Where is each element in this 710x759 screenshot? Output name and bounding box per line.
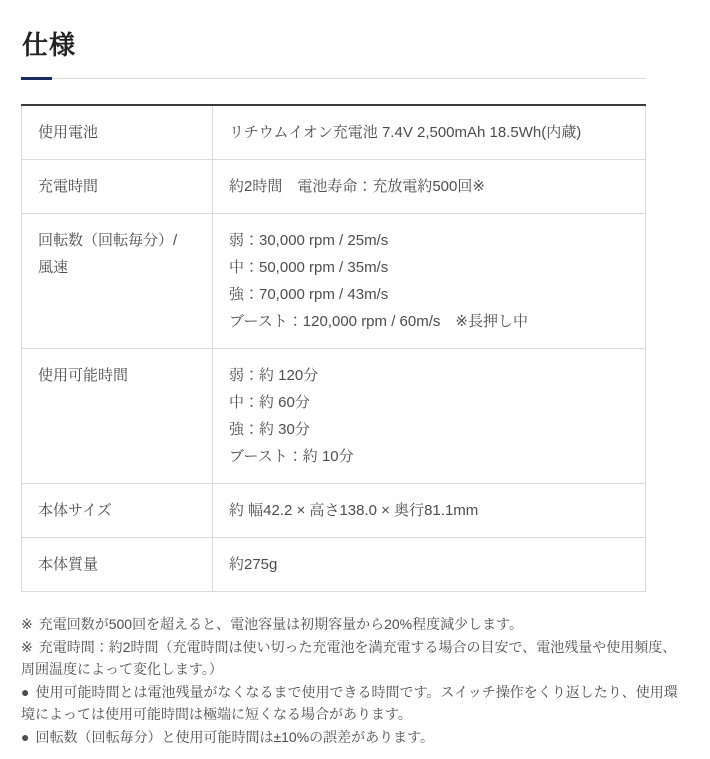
footnote-marker: ● — [21, 684, 29, 700]
spec-label: 使用可能時間 — [22, 349, 213, 484]
footnote-marker: ※ — [21, 616, 33, 632]
underline-accent-rule — [21, 77, 52, 80]
spec-label: 充電時間 — [22, 160, 213, 214]
spec-label: 使用電池 — [22, 105, 213, 160]
spec-value-line: 弱：約 120分 — [229, 362, 629, 389]
footnote: ※充電回数が500回を超えると、電池容量は初期容量から20%程度減少します。 — [21, 613, 681, 635]
spec-value-line: リチウムイオン充電池 7.4V 2,500mAh 18.5Wh(内蔵) — [229, 119, 629, 146]
spec-value-line: ブースト：約 10分 — [229, 443, 629, 470]
spec-value-line: 約 幅42.2 × 高さ138.0 × 奥行81.1mm — [229, 497, 629, 524]
spec-value: 弱：約 120分中：約 60分強：約 30分ブースト：約 10分 — [213, 349, 646, 484]
spec-row: 回転数（回転毎分）/ 風速弱：30,000 rpm / 25m/s中：50,00… — [22, 214, 646, 349]
spec-value-line: 中：50,000 rpm / 35m/s — [229, 254, 629, 281]
spec-value: 約275g — [213, 538, 646, 592]
spec-value-line: ブースト：120,000 rpm / 60m/s ※長押し中 — [229, 308, 629, 335]
footnote-text: 充電時間：約2時間（充電時間は使い切った充電池を満充電する場合の目安で、電池残量… — [21, 639, 676, 677]
spec-value-line: 弱：30,000 rpm / 25m/s — [229, 227, 629, 254]
spec-table-body: 使用電池リチウムイオン充電池 7.4V 2,500mAh 18.5Wh(内蔵)充… — [22, 105, 646, 592]
spec-label: 本体サイズ — [22, 484, 213, 538]
footnote-marker: ● — [21, 729, 29, 745]
spec-row: 充電時間約2時間 電池寿命：充放電約500回※ — [22, 160, 646, 214]
spec-value: 弱：30,000 rpm / 25m/s中：50,000 rpm / 35m/s… — [213, 214, 646, 349]
spec-section: 仕様 使用電池リチウムイオン充電池 7.4V 2,500mAh 18.5Wh(内… — [0, 0, 710, 748]
spec-row: 本体サイズ約 幅42.2 × 高さ138.0 × 奥行81.1mm — [22, 484, 646, 538]
spec-value-line: 強：70,000 rpm / 43m/s — [229, 281, 629, 308]
footnote-marker: ※ — [21, 639, 33, 655]
spec-row: 使用電池リチウムイオン充電池 7.4V 2,500mAh 18.5Wh(内蔵) — [22, 105, 646, 160]
spec-value: 約 幅42.2 × 高さ138.0 × 奥行81.1mm — [213, 484, 646, 538]
page-title: 仕様 — [22, 30, 689, 60]
spec-value-line: 中：約 60分 — [229, 389, 629, 416]
underline-gray-rule — [21, 78, 646, 79]
footnote-text: 使用可能時間とは電池残量がなくなるまで使用できる時間です。スイッチ操作をくり返し… — [21, 684, 678, 722]
spec-label: 回転数（回転毎分）/ 風速 — [22, 214, 213, 349]
title-underline — [21, 77, 646, 80]
footnote-text: 回転数（回転毎分）と使用可能時間は±10%の誤差があります。 — [35, 729, 434, 745]
spec-value: 約2時間 電池寿命：充放電約500回※ — [213, 160, 646, 214]
footnote-text: 充電回数が500回を超えると、電池容量は初期容量から20%程度減少します。 — [39, 616, 523, 632]
spec-label: 本体質量 — [22, 538, 213, 592]
footnote: ●使用可能時間とは電池残量がなくなるまで使用できる時間です。スイッチ操作をくり返… — [21, 681, 681, 725]
spec-row: 使用可能時間弱：約 120分中：約 60分強：約 30分ブースト：約 10分 — [22, 349, 646, 484]
footnote: ●回転数（回転毎分）と使用可能時間は±10%の誤差があります。 — [21, 726, 681, 748]
spec-table: 使用電池リチウムイオン充電池 7.4V 2,500mAh 18.5Wh(内蔵)充… — [21, 104, 646, 592]
footnotes: ※充電回数が500回を超えると、電池容量は初期容量から20%程度減少します。※充… — [21, 613, 681, 748]
spec-value-line: 強：約 30分 — [229, 416, 629, 443]
spec-value-line: 約2時間 電池寿命：充放電約500回※ — [229, 173, 629, 200]
spec-row: 本体質量約275g — [22, 538, 646, 592]
spec-value-line: 約275g — [229, 551, 629, 578]
spec-value: リチウムイオン充電池 7.4V 2,500mAh 18.5Wh(内蔵) — [213, 105, 646, 160]
footnote: ※充電時間：約2時間（充電時間は使い切った充電池を満充電する場合の目安で、電池残… — [21, 636, 681, 680]
